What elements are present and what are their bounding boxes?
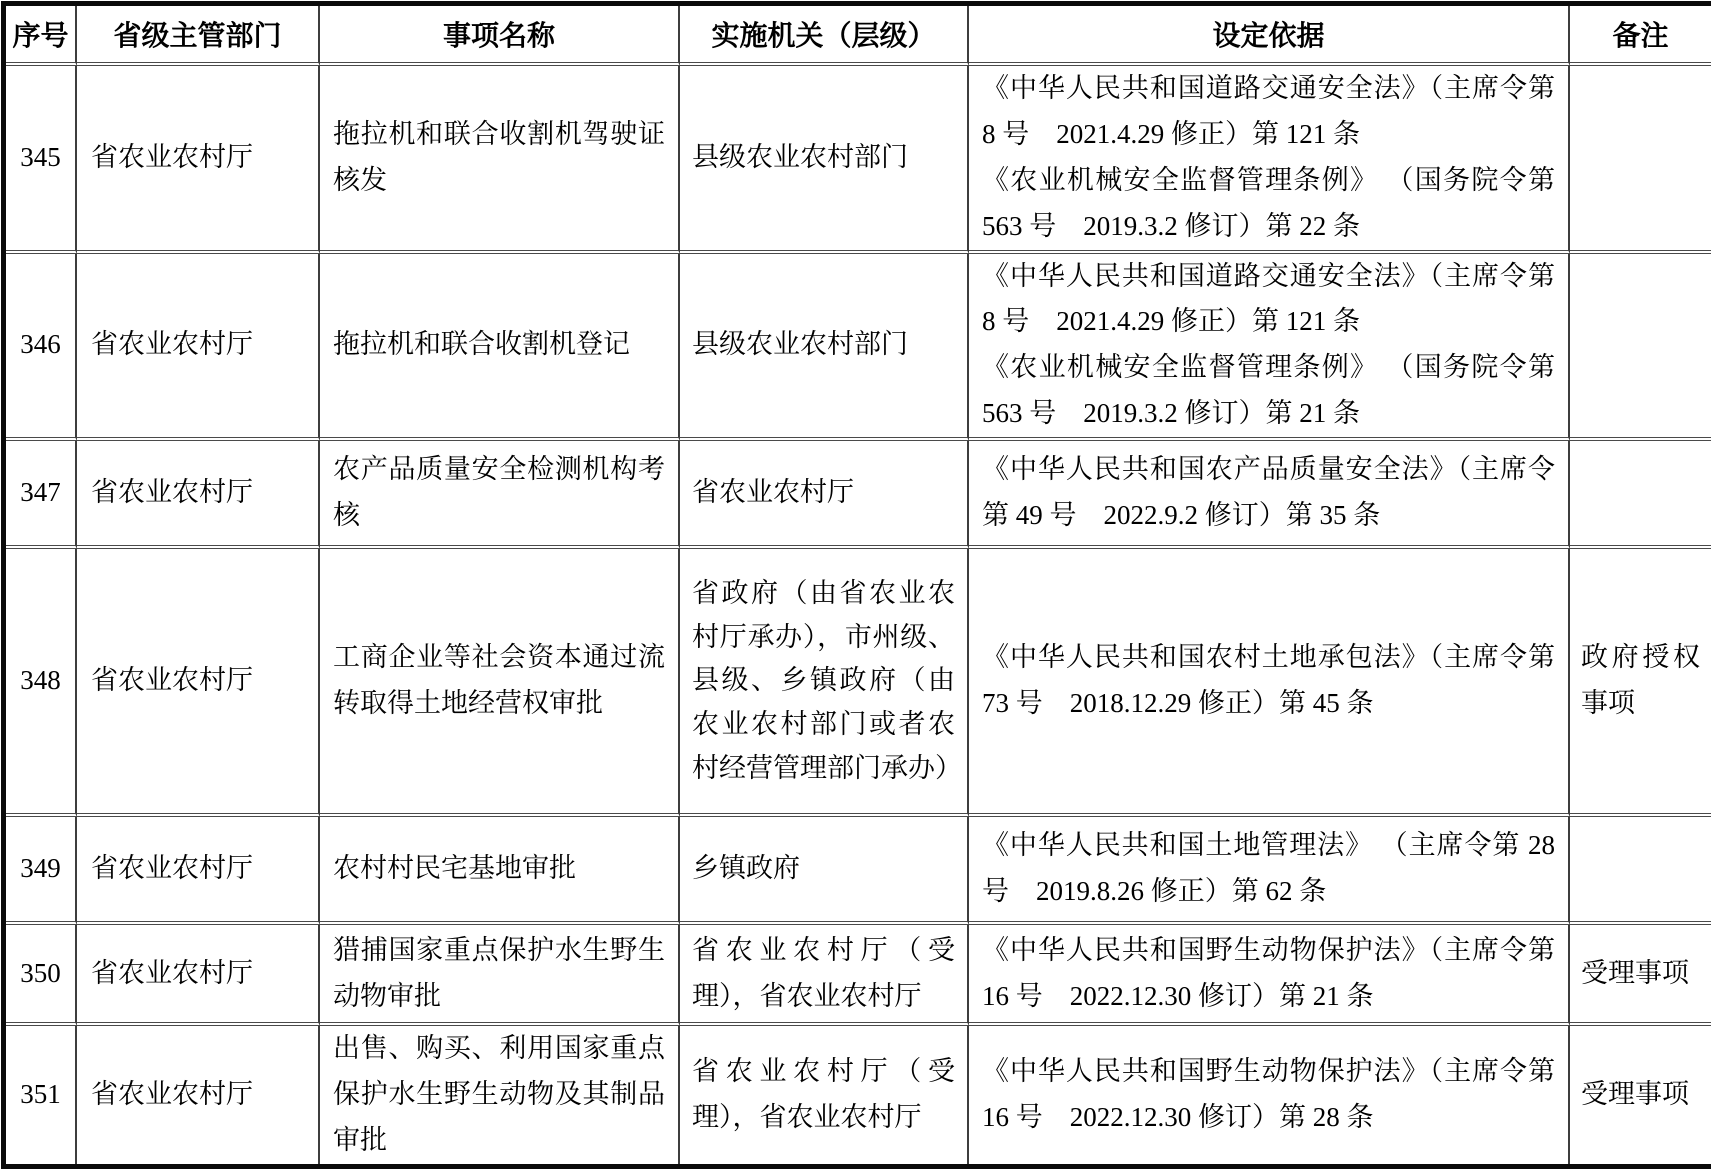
cell-dept: 省农业农村厅 xyxy=(77,254,320,442)
header-dept: 省级主管部门 xyxy=(77,6,320,66)
cell-no: 347 xyxy=(6,441,77,549)
cell-organ: 县级农业农村部门 xyxy=(680,254,969,442)
table-row-349: 349 省农业农村厅 农村村民宅基地审批 乡镇政府 《中华人民共和国土地管理法》… xyxy=(6,817,1711,925)
cell-item: 出售、购买、利用国家重点保护水生野生动物及其制品审批 xyxy=(320,1026,680,1164)
cell-basis: 《中华人民共和国农村土地承包法》（主席令第 73 号 2018.12.29 修正… xyxy=(969,549,1570,817)
cell-remark xyxy=(1570,254,1711,442)
cell-no: 345 xyxy=(6,66,77,254)
table-row-350: 350 省农业农村厅 猎捕国家重点保护水生野生动物审批 省农业农村厅（受理），省… xyxy=(6,925,1711,1026)
cell-item: 拖拉机和联合收割机登记 xyxy=(320,254,680,442)
cell-organ: 省政府（由省农业农村厅承办），市州级、县级、乡镇政府（由农业农村部门或者农村经营… xyxy=(680,549,969,817)
cell-remark: 受理事项 xyxy=(1570,1026,1711,1164)
cell-no: 348 xyxy=(6,549,77,817)
cell-organ: 县级农业农村部门 xyxy=(680,66,969,254)
cell-basis: 《中华人民共和国野生动物保护法》（主席令第 16 号 2022.12.30 修订… xyxy=(969,925,1570,1026)
cell-no: 346 xyxy=(6,254,77,442)
cell-basis: 《中华人民共和国野生动物保护法》（主席令第 16 号 2022.12.30 修订… xyxy=(969,1026,1570,1164)
cell-no: 351 xyxy=(6,1026,77,1164)
header-no: 序号 xyxy=(6,6,77,66)
cell-dept: 省农业农村厅 xyxy=(77,441,320,549)
cell-organ: 省农业农村厅（受理），省农业农村厅 xyxy=(680,1026,969,1164)
header-basis: 设定依据 xyxy=(969,6,1570,66)
admin-items-table: 序号 省级主管部门 事项名称 实施机关（层级） 设定依据 备注 345 省农业农… xyxy=(1,1,1711,1169)
table-row-345: 345 省农业农村厅 拖拉机和联合收割机驾驶证核发 县级农业农村部门 《中华人民… xyxy=(6,66,1711,254)
table-row-347: 347 省农业农村厅 农产品质量安全检测机构考核 省农业农村厅 《中华人民共和国… xyxy=(6,441,1711,549)
cell-remark xyxy=(1570,66,1711,254)
cell-item: 工商企业等社会资本通过流转取得土地经营权审批 xyxy=(320,549,680,817)
cell-basis: 《中华人民共和国土地管理法》 （主席令第 28 号 2019.8.26 修正）第… xyxy=(969,817,1570,925)
cell-organ: 乡镇政府 xyxy=(680,817,969,925)
cell-item: 农村村民宅基地审批 xyxy=(320,817,680,925)
cell-item: 拖拉机和联合收割机驾驶证核发 xyxy=(320,66,680,254)
cell-organ: 省农业农村厅 xyxy=(680,441,969,549)
cell-remark: 受理事项 xyxy=(1570,925,1711,1026)
cell-remark xyxy=(1570,441,1711,549)
cell-item: 猎捕国家重点保护水生野生动物审批 xyxy=(320,925,680,1026)
cell-dept: 省农业农村厅 xyxy=(77,1026,320,1164)
cell-no: 350 xyxy=(6,925,77,1026)
header-row: 序号 省级主管部门 事项名称 实施机关（层级） 设定依据 备注 xyxy=(6,6,1711,66)
cell-dept: 省农业农村厅 xyxy=(77,817,320,925)
cell-dept: 省农业农村厅 xyxy=(77,66,320,254)
table-row-351: 351 省农业农村厅 出售、购买、利用国家重点保护水生野生动物及其制品审批 省农… xyxy=(6,1026,1711,1164)
cell-dept: 省农业农村厅 xyxy=(77,549,320,817)
cell-remark: 政府授权事项 xyxy=(1570,549,1711,817)
cell-item: 农产品质量安全检测机构考核 xyxy=(320,441,680,549)
cell-no: 349 xyxy=(6,817,77,925)
cell-remark xyxy=(1570,817,1711,925)
cell-basis: 《中华人民共和国农产品质量安全法》（主席令第 49 号 2022.9.2 修订）… xyxy=(969,441,1570,549)
header-item: 事项名称 xyxy=(320,6,680,66)
cell-organ: 省农业农村厅（受理），省农业农村厅 xyxy=(680,925,969,1026)
table-row-348: 348 省农业农村厅 工商企业等社会资本通过流转取得土地经营权审批 省政府（由省… xyxy=(6,549,1711,817)
header-organ: 实施机关（层级） xyxy=(680,6,969,66)
cell-dept: 省农业农村厅 xyxy=(77,925,320,1026)
cell-basis: 《中华人民共和国道路交通安全法》（主席令第 8 号 2021.4.29 修正）第… xyxy=(969,254,1570,442)
cell-basis: 《中华人民共和国道路交通安全法》（主席令第 8 号 2021.4.29 修正）第… xyxy=(969,66,1570,254)
header-remark: 备注 xyxy=(1570,6,1711,66)
table-row-346: 346 省农业农村厅 拖拉机和联合收割机登记 县级农业农村部门 《中华人民共和国… xyxy=(6,254,1711,442)
